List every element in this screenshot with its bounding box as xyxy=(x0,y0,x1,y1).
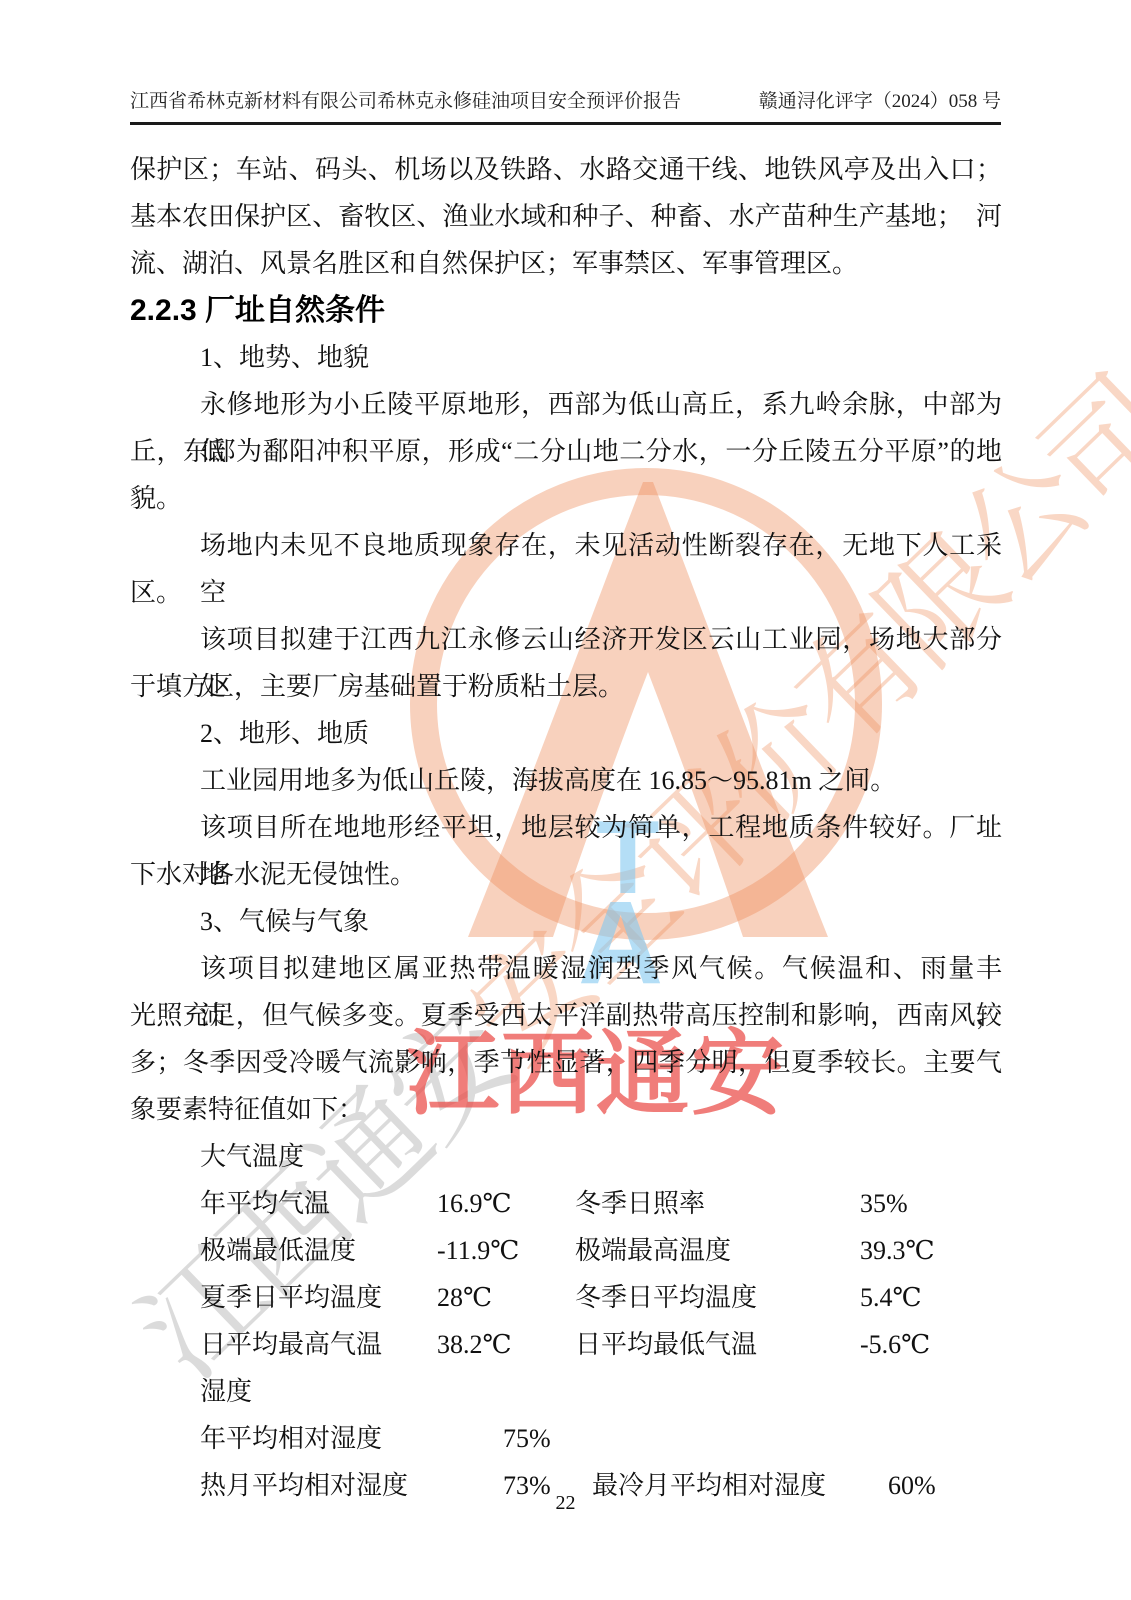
body-line: 该项目拟建地区属亚热带温暖湿润型季风气候。气候温和、雨量丰沛， xyxy=(130,945,1002,992)
climate-label: 日平均最低气温 xyxy=(575,1321,860,1368)
subsection-title: 1、地势、地貌 xyxy=(130,334,1002,381)
body-line: 该项目所在地地形经平坦，地层较为简单，工程地质条件较好。厂址地 xyxy=(130,804,1002,851)
climate-value: 35% xyxy=(860,1180,908,1227)
climate-label: 年平均相对湿度 xyxy=(200,1415,503,1462)
climate-value: 75% xyxy=(503,1415,592,1462)
climate-row: 年平均相对湿度75% xyxy=(130,1415,1002,1462)
climate-row: 日平均最高气温38.2℃日平均最低气温-5.6℃ xyxy=(130,1321,1002,1368)
climate-value: -11.9℃ xyxy=(437,1227,575,1274)
climate-label: 年平均气温 xyxy=(200,1180,437,1227)
body-line: 保护区；车站、码头、机场以及铁路、水路交通干线、地铁风亭及出入口； xyxy=(130,146,1002,193)
body-line: 基本农田保护区、畜牧区、渔业水域和种子、种畜、水产苗种生产基地； 河 xyxy=(130,193,1002,240)
header-report-title: 江西省希林克新材料有限公司希林克永修硅油项目安全预评价报告 xyxy=(130,86,681,113)
body-line: 永修地形为小丘陵平原地形，西部为低山高丘，系九岭余脉，中部为低 xyxy=(130,381,1002,428)
climate-label: 极端最低温度 xyxy=(200,1227,437,1274)
climate-label: 极端最高温度 xyxy=(575,1227,860,1274)
climate-value: 5.4℃ xyxy=(860,1274,922,1321)
body-line: 象要素特征值如下： xyxy=(130,1086,1002,1133)
section-heading: 2.2.3 厂址自然条件 xyxy=(130,287,1002,334)
page-header: 江西省希林克新材料有限公司希林克永修硅油项目安全预评价报告 赣通浔化评字（202… xyxy=(130,86,1001,125)
climate-row: 极端最低温度-11.9℃极端最高温度39.3℃ xyxy=(130,1227,1002,1274)
body-line: 丘，东部为鄱阳冲积平原，形成“二分山地二分水，一分丘陵五分平原”的地 xyxy=(130,428,1002,475)
body-line: 下水对各水泥无侵蚀性。 xyxy=(130,851,1002,898)
page-body: 保护区；车站、码头、机场以及铁路、水路交通干线、地铁风亭及出入口； 基本农田保护… xyxy=(130,146,1002,1509)
climate-label: 冬季日照率 xyxy=(575,1180,860,1227)
subsection-title: 2、地形、地质 xyxy=(130,710,1002,757)
document-page: 江西通安安全评价有限公司 T A 江西通安 江西省希林克新材料有限公司希林克永修… xyxy=(0,0,1131,1600)
body-line: 工业园用地多为低山丘陵，海拔高度在 16.85～95.81m 之间。 xyxy=(130,757,1002,804)
body-line: 于填方区，主要厂房基础置于粉质粘土层。 xyxy=(130,663,1002,710)
climate-row: 年平均气温16.9℃冬季日照率35% xyxy=(130,1180,1002,1227)
body-line: 该项目拟建于江西九江永修云山经济开发区云山工业园，场地大部分处 xyxy=(130,616,1002,663)
body-line: 光照充足，但气候多变。夏季受西太平洋副热带高压控制和影响，西南风较 xyxy=(130,992,1002,1039)
body-line: 区。 xyxy=(130,569,1002,616)
page-number: 22 xyxy=(0,1492,1131,1515)
climate-label: 日平均最高气温 xyxy=(200,1321,437,1368)
climate-value: 16.9℃ xyxy=(437,1180,575,1227)
climate-value: -5.6℃ xyxy=(860,1321,930,1368)
climate-label: 冬季日平均温度 xyxy=(575,1274,860,1321)
body-line: 流、湖泊、风景名胜区和自然保护区；军事禁区、军事管理区。 xyxy=(130,240,1002,287)
climate-subheader-humidity: 湿度 xyxy=(130,1368,1002,1415)
subsection-title: 3、气候与气象 xyxy=(130,898,1002,945)
climate-label: 夏季日平均温度 xyxy=(200,1274,437,1321)
body-line: 貌。 xyxy=(130,475,1002,522)
climate-value: 39.3℃ xyxy=(860,1227,935,1274)
climate-value: 38.2℃ xyxy=(437,1321,575,1368)
climate-value: 28℃ xyxy=(437,1274,575,1321)
climate-subheader-temperature: 大气温度 xyxy=(130,1133,1002,1180)
body-line: 场地内未见不良地质现象存在，未见活动性断裂存在，无地下人工采空 xyxy=(130,522,1002,569)
climate-row: 夏季日平均温度28℃冬季日平均温度5.4℃ xyxy=(130,1274,1002,1321)
body-line: 多；冬季因受冷暖气流影响，季节性显著，四季分明，但夏季较长。主要气 xyxy=(130,1039,1002,1086)
header-document-number: 赣通浔化评字（2024）058 号 xyxy=(759,86,1001,113)
